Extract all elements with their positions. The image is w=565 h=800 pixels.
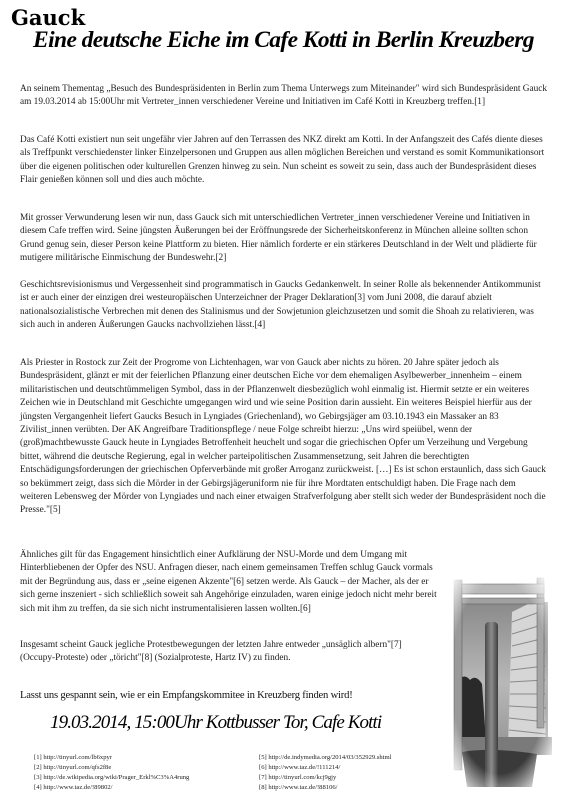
paragraph-intro: An seinem Thementag „Besuch des Bundespr…: [20, 83, 550, 110]
photo-illustration: [442, 562, 557, 792]
reference-link[interactable]: [6] http://www.taz.de/!111214/: [259, 763, 449, 773]
paragraph-protests: Insgesamt scheint Gauck jegliche Protest…: [20, 639, 438, 666]
reference-link[interactable]: [3] http://de.wikipedia.org/wiki/Prager_…: [34, 773, 254, 783]
oak-tree-photo: [442, 562, 557, 792]
paragraph-lichtenhagen-lyngiades: Als Priester in Rostock zur Zeit der Pro…: [20, 357, 550, 518]
references-right: [5] http://de.indymedia.org/2014/03/3529…: [259, 753, 449, 793]
paragraph-nsu: Ähnliches gilt für das Engagement hinsic…: [20, 549, 438, 616]
paragraph-cafe-kotti: Das Café Kotti existiert nun seit ungefä…: [20, 134, 550, 188]
event-date-location: 19.03.2014, 15:00Uhr Kottbusser Tor, Caf…: [50, 712, 430, 734]
reference-link[interactable]: [8] http://www.taz.de/!88106/: [259, 783, 449, 793]
paragraph-munich-speech: Mit grosser Verwunderung lesen wir nun, …: [20, 212, 550, 266]
paragraph-prague-declaration: Geschichtsrevisionismus und Vergessenhei…: [20, 279, 550, 333]
reference-link[interactable]: [7] http://tinyurl.com/kcj9gjy: [259, 773, 449, 783]
document-subtitle: Eine deutsche Eiche im Cafe Kotti in Ber…: [33, 26, 563, 54]
reference-link[interactable]: [4] http://www.taz.de/!89802/: [34, 783, 254, 793]
reference-link[interactable]: [1] http://tinyurl.com/lb6xpyr: [34, 753, 254, 763]
references-left: [1] http://tinyurl.com/lb6xpyr [2] http:…: [34, 753, 254, 793]
flyer-page: Gauck Eine deutsche Eiche im Cafe Kotti …: [0, 0, 565, 800]
call-to-action: Lasst uns gespannt sein, wie er ein Empf…: [20, 689, 438, 703]
reference-link[interactable]: [5] http://de.indymedia.org/2014/03/3529…: [259, 753, 449, 763]
reference-link[interactable]: [2] http://tinyurl.com/qfs2f8e: [34, 763, 254, 773]
